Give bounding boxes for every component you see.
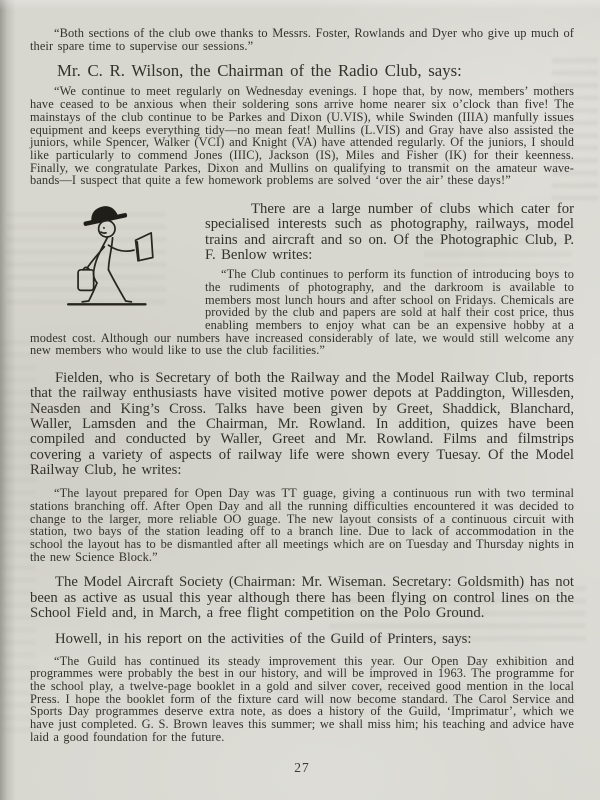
page-content: “Both sections of the club owe thanks to…: [30, 0, 574, 776]
page-number: 27: [30, 760, 574, 776]
para-model-aircraft: The Model Aircraft Society (Chairman: Mr…: [30, 575, 574, 621]
para-club-thanks: “Both sections of the club owe thanks to…: [30, 27, 574, 52]
scan-gutter-shadow: [0, 0, 16, 800]
walking-figure-illustration: [30, 202, 205, 328]
para-guild-heading: Howell, in his report on the activities …: [30, 632, 574, 647]
para-radio-club-quote: “We continue to meet regularly on Wednes…: [30, 85, 574, 187]
walking-figure-sketch-icon: [60, 204, 175, 311]
para-railway-clubs: Fielden, who is Secretary of both the Ra…: [30, 371, 574, 478]
scanned-magazine-page: “Both sections of the club owe thanks to…: [0, 0, 600, 800]
para-model-railway-quote: “The layout prepared for Open Day was TT…: [30, 487, 574, 563]
photographic-club-section: There are a large number of clubs which …: [30, 202, 574, 357]
para-guild-quote: “The Guild has continued its steady impr…: [30, 655, 574, 744]
para-radio-club-heading: Mr. C. R. Wilson, the Chairman of the Ra…: [30, 62, 574, 80]
